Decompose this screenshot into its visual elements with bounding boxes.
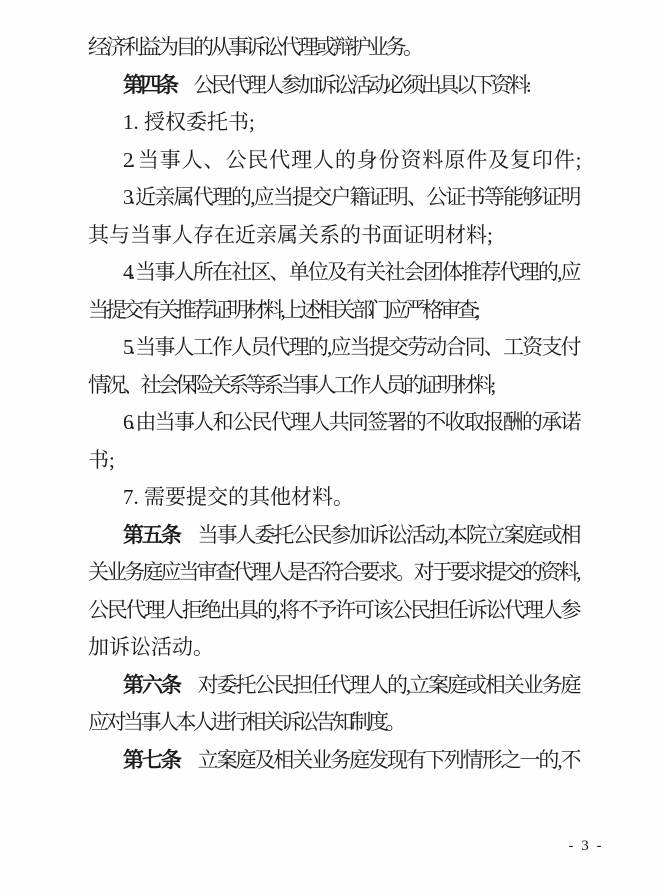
text-line: 加诉讼活动。: [88, 629, 578, 667]
line-text: 公民代理人拒绝出具的,将不予许可该公民担任诉讼代理人参: [88, 598, 578, 622]
list-item-6: 6. 由当事人和公民代理人共同签署的不收取报酬的承诺: [88, 404, 578, 442]
line-text: 其与当事人存在近亲属关系的书面证明材料;: [88, 223, 493, 247]
document-text-block: 经济利益为目的从事诉讼代理或辩护业务。 第四条公民代理人参加诉讼活动必须出具以下…: [88, 29, 578, 779]
line-text: 2. 当事人、公民代理人的身份资料原件及复印件;: [123, 148, 578, 172]
text-line: 公民代理人拒绝出具的,将不予许可该公民担任诉讼代理人参: [88, 592, 578, 630]
line-text: 情况、社会保险关系等系当事人工作人员的证明材料;: [88, 373, 493, 397]
line-text: 4. 当事人所在社区、单位及有关社会团体推荐代理的,应: [123, 260, 578, 284]
text-line: 应对当事人本人进行相关诉讼告知制度。: [88, 704, 578, 742]
article-heading-label: 第五条: [123, 523, 180, 547]
article-7-heading-line: 第七条立案庭及相关业务庭发现有下列情形之一的,不: [88, 742, 578, 780]
line-text: 7. 需要提交的其他材料。: [123, 485, 354, 509]
line-text: 1. 授权委托书;: [123, 110, 255, 134]
line-text: 经济利益为目的从事诉讼代理或辩护业务。: [88, 35, 421, 59]
list-item-1: 1. 授权委托书;: [88, 104, 578, 142]
line-text: 公民代理人参加诉讼活动必须出具以下资料:: [193, 73, 528, 97]
page-number: - 3 -: [556, 836, 616, 856]
list-item-3: 3. 近亲属代理的,应当提交户籍证明、公证书等能够证明: [88, 179, 578, 217]
text-line: 经济利益为目的从事诉讼代理或辩护业务。: [88, 29, 578, 67]
text-line: 其与当事人存在近亲属关系的书面证明材料;: [88, 217, 578, 255]
document-page: 经济利益为目的从事诉讼代理或辩护业务。 第四条公民代理人参加诉讼活动必须出具以下…: [0, 0, 664, 892]
line-text: 立案庭及相关业务庭发现有下列情形之一的,不: [198, 748, 578, 772]
article-heading-label: 第四条: [123, 73, 176, 97]
article-heading-label: 第七条: [123, 748, 180, 772]
line-text: 关业务庭应当审查代理人是否符合要求。对于要求提交的资料,: [88, 560, 578, 584]
list-item-4: 4. 当事人所在社区、单位及有关社会团体推荐代理的,应: [88, 254, 578, 292]
line-text: 5. 当事人工作人员代理的,应当提交劳动合同、工资支付: [123, 335, 578, 359]
article-6-heading-line: 第六条对委托公民担任代理人的,立案庭或相关业务庭: [88, 667, 578, 705]
line-text: 3. 近亲属代理的,应当提交户籍证明、公证书等能够证明: [123, 185, 578, 209]
article-heading-label: 第六条: [123, 673, 180, 697]
line-text: 当事人委托公民参加诉讼活动,本院立案庭或相: [198, 523, 578, 547]
text-line: 当提交有关推荐证明材料,上述相关部门应严格审查;: [88, 292, 578, 330]
line-text: 加诉讼活动。: [88, 635, 214, 659]
line-text: 当提交有关推荐证明材料,上述相关部门应严格审查;: [88, 298, 477, 322]
list-item-5: 5. 当事人工作人员代理的,应当提交劳动合同、工资支付: [88, 329, 578, 367]
line-text: 书;: [88, 448, 115, 472]
text-line: 书;: [88, 442, 578, 480]
line-text: 应对当事人本人进行相关诉讼告知制度。: [88, 710, 403, 734]
text-line: 关业务庭应当审查代理人是否符合要求。对于要求提交的资料,: [88, 554, 578, 592]
list-item-7: 7. 需要提交的其他材料。: [88, 479, 578, 517]
line-text: 6. 由当事人和公民代理人共同签署的不收取报酬的承诺: [123, 410, 578, 434]
list-item-2: 2. 当事人、公民代理人的身份资料原件及复印件;: [88, 142, 578, 180]
article-4-heading-line: 第四条公民代理人参加诉讼活动必须出具以下资料:: [88, 67, 578, 105]
line-text: 对委托公民担任代理人的,立案庭或相关业务庭: [198, 673, 578, 697]
article-5-heading-line: 第五条当事人委托公民参加诉讼活动,本院立案庭或相: [88, 517, 578, 555]
text-line: 情况、社会保险关系等系当事人工作人员的证明材料;: [88, 367, 578, 405]
